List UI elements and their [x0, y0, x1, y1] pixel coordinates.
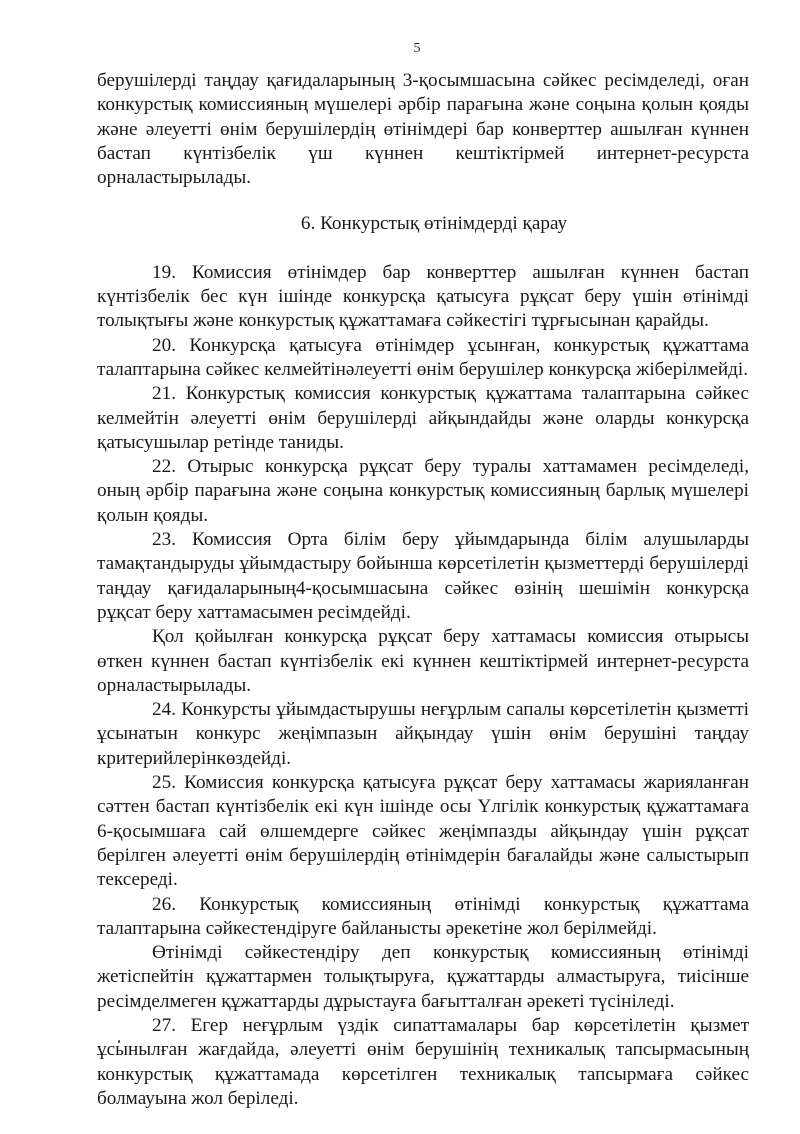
paragraph-22: 22. Отырыс конкурсқа рұқсат беру туралы … — [97, 455, 749, 528]
paragraph-26: 26. Конкурстық комиссияның өтінімді конк… — [97, 893, 749, 942]
section-heading: 6. Конкурстық өтінімдерді қарау — [97, 212, 749, 236]
paragraph-21: 21. Конкурстық комиссия конкурстық құжат… — [97, 382, 749, 455]
paragraph-27: 27. Егер неғұрлым үздік сипаттамалары ба… — [97, 1014, 749, 1111]
scan-speck — [118, 1040, 120, 1043]
page-number: 5 — [0, 41, 800, 57]
paragraph-24: 24. Конкурсты ұйымдастырушы неғұрлым сап… — [97, 698, 749, 771]
continuation-paragraph: берушілерді таңдау қағидаларының 3-қосым… — [97, 69, 749, 190]
paragraph-25: 25. Комиссия конкурсқа қатысуға рұқсат б… — [97, 771, 749, 892]
paragraph-20: 20. Конкурсқа қатысуға өтінімдер ұсынған… — [97, 334, 749, 383]
paragraph-23: 23. Комиссия Орта білім беру ұйымдарында… — [97, 528, 749, 625]
document-body: берушілерді таңдау қағидаларының 3-қосым… — [97, 69, 749, 1111]
scan-speck — [494, 230, 496, 233]
paragraph-23-continued: Қол қойылған конкурсқа рұқсат беру хатта… — [97, 625, 749, 698]
paragraph-19: 19. Комиссия өтінімдер бар конверттер аш… — [97, 261, 749, 334]
paragraph-26-continued: Өтінімді сәйкестендіру деп конкурстық ко… — [97, 941, 749, 1014]
